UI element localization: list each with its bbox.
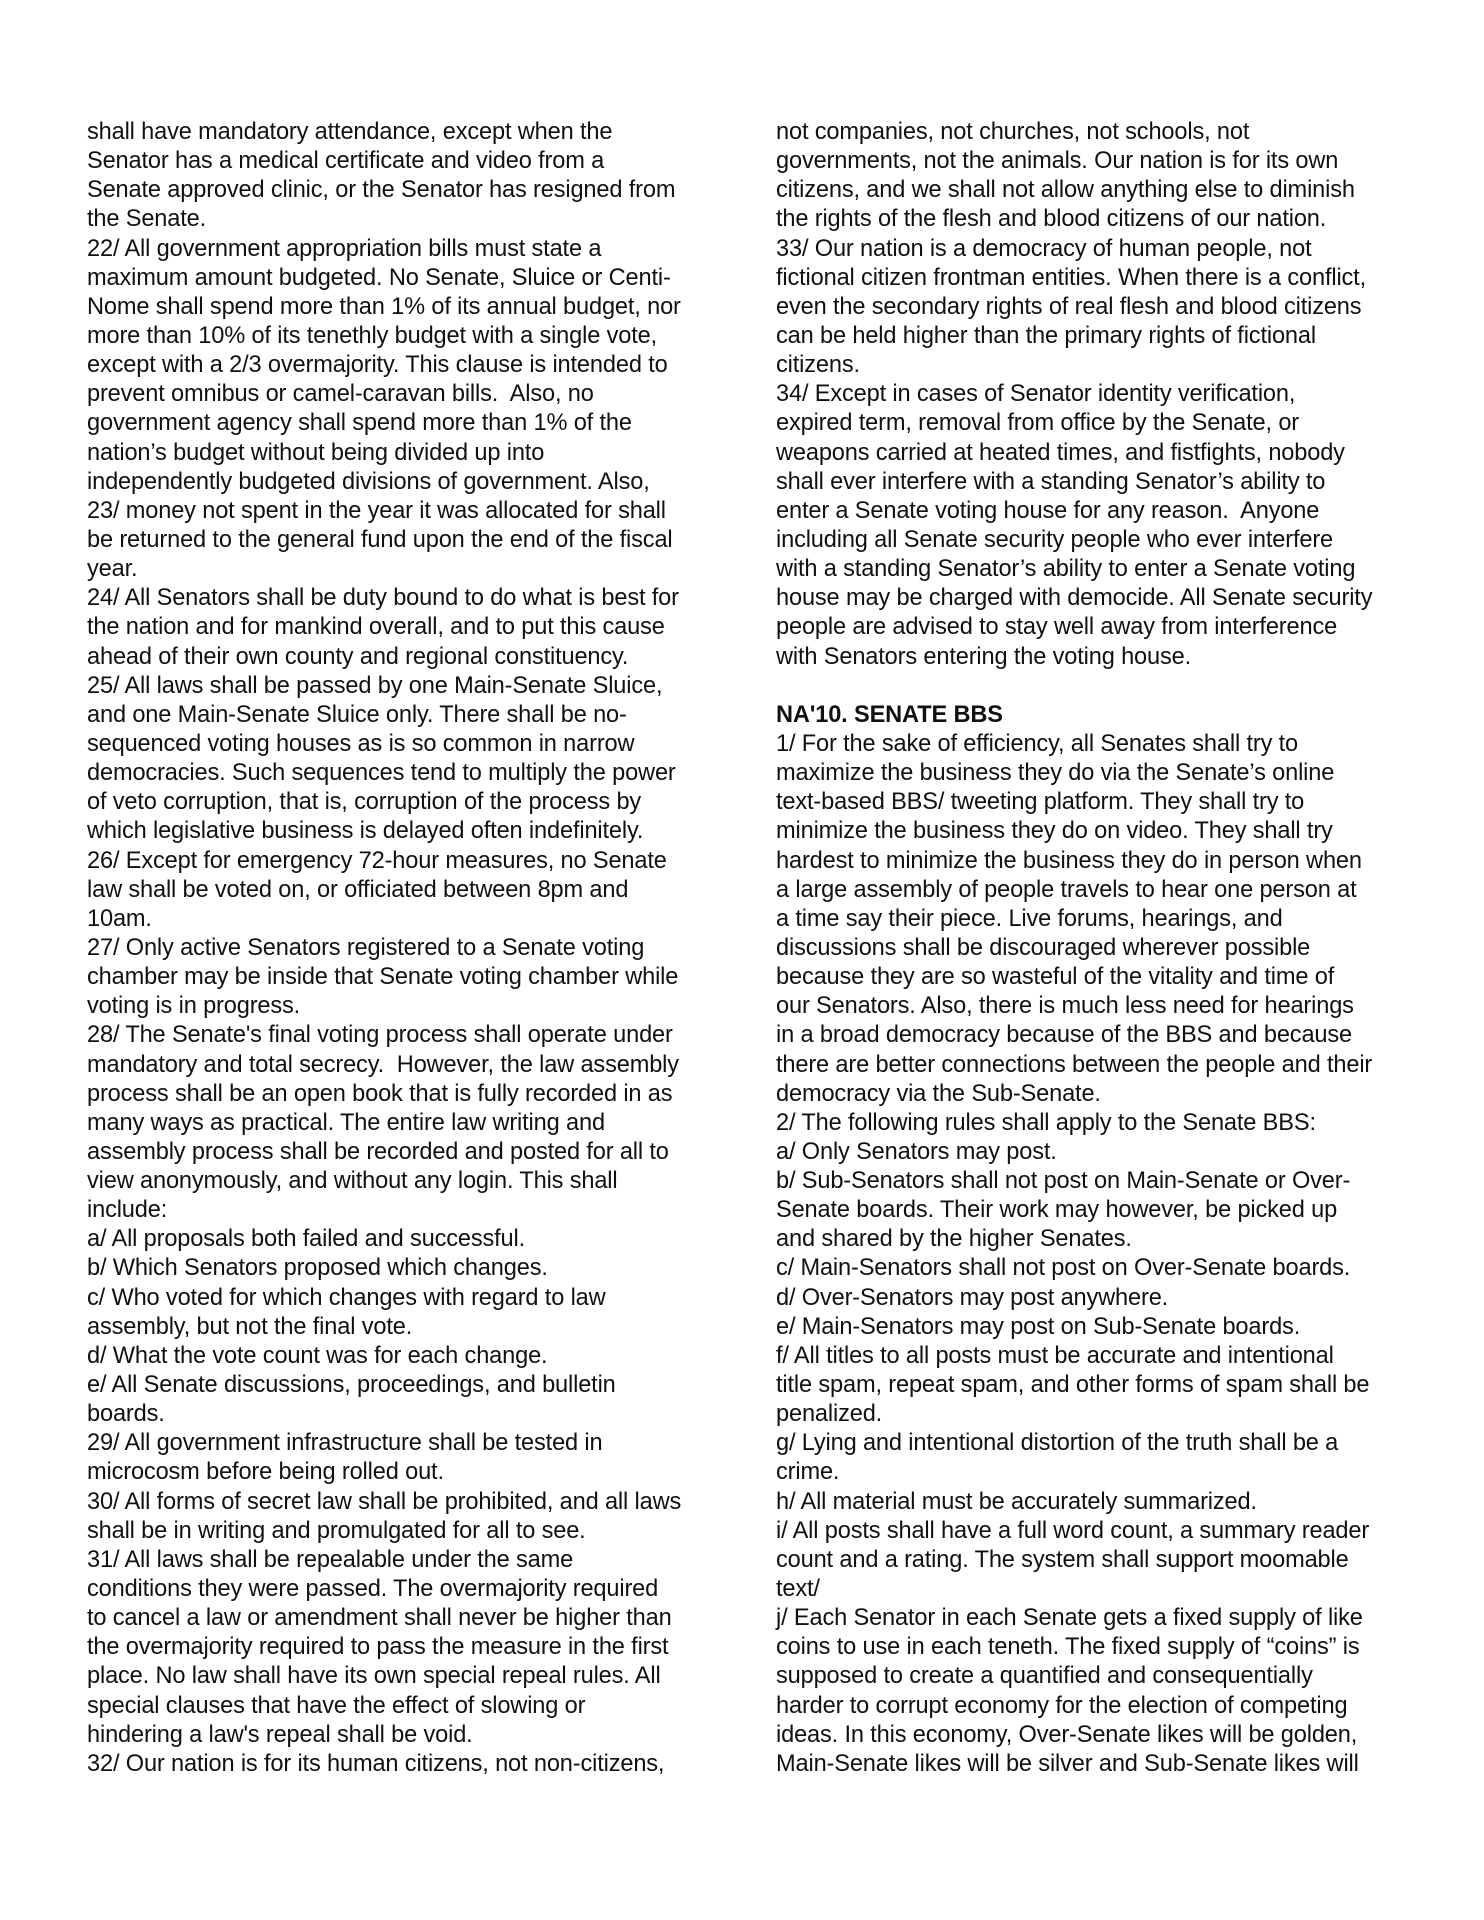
text-line: enter a Senate voting house for any reas… xyxy=(776,497,1416,526)
text-line: law shall be voted on, or officiated bet… xyxy=(87,876,727,905)
text-line: text-based BBS/ tweeting platform. They … xyxy=(776,788,1416,817)
text-line: the rights of the flesh and blood citize… xyxy=(776,205,1416,234)
text-line: Senate approved clinic, or the Senator h… xyxy=(87,176,727,205)
text-line: there are better connections between the… xyxy=(776,1051,1416,1080)
text-line: boards. xyxy=(87,1400,727,1429)
text-line: many ways as practical. The entire law w… xyxy=(87,1109,727,1138)
text-line: c/ Who voted for which changes with rega… xyxy=(87,1284,727,1313)
text-line: d/ What the vote count was for each chan… xyxy=(87,1342,727,1371)
text-line: Senator has a medical certificate and vi… xyxy=(87,147,727,176)
text-line: and one Main-Senate Sluice only. There s… xyxy=(87,701,727,730)
text-line: sequenced voting houses as is so common … xyxy=(87,730,727,759)
text-line: fictional citizen frontman entities. Whe… xyxy=(776,264,1416,293)
text-line: assembly, but not the final vote. xyxy=(87,1313,727,1342)
text-line: 10am. xyxy=(87,905,727,934)
text-line: special clauses that have the effect of … xyxy=(87,1692,727,1721)
text-line: microcosm before being rolled out. xyxy=(87,1458,727,1487)
text-line: shall ever interfere with a standing Sen… xyxy=(776,468,1416,497)
text-line: 30/ All forms of secret law shall be pro… xyxy=(87,1488,727,1517)
text-line: democracy via the Sub-Senate. xyxy=(776,1080,1416,1109)
text-line: a large assembly of people travels to he… xyxy=(776,876,1416,905)
text-line: Nome shall spend more than 1% of its ann… xyxy=(87,293,727,322)
document-page: shall have mandatory attendance, except … xyxy=(0,0,1484,1920)
text-line: weapons carried at heated times, and fis… xyxy=(776,439,1416,468)
left-text-column: shall have mandatory attendance, except … xyxy=(87,118,727,1779)
text-line: process shall be an open book that is fu… xyxy=(87,1080,727,1109)
text-line: including all Senate security people who… xyxy=(776,526,1416,555)
text-line: e/ All Senate discussions, proceedings, … xyxy=(87,1371,727,1400)
text-line: even the secondary rights of real flesh … xyxy=(776,293,1416,322)
text-line: voting is in progress. xyxy=(87,992,727,1021)
text-line: be returned to the general fund upon the… xyxy=(87,526,727,555)
text-line: b/ Sub-Senators shall not post on Main-S… xyxy=(776,1167,1416,1196)
text-line: prevent omnibus or camel-caravan bills. … xyxy=(87,380,727,409)
right-text-column: not companies, not churches, not schools… xyxy=(776,118,1416,1779)
text-line: conditions they were passed. The overmaj… xyxy=(87,1575,727,1604)
text-line: can be held higher than the primary righ… xyxy=(776,322,1416,351)
text-line: a time say their piece. Live forums, hea… xyxy=(776,905,1416,934)
text-line: to cancel a law or amendment shall never… xyxy=(87,1604,727,1633)
text-line: Senate boards. Their work may however, b… xyxy=(776,1196,1416,1225)
text-line: shall be in writing and promulgated for … xyxy=(87,1517,727,1546)
text-line: Main-Senate likes will be silver and Sub… xyxy=(776,1750,1416,1779)
text-line: 23/ money not spent in the year it was a… xyxy=(87,497,727,526)
text-line: citizens. xyxy=(776,351,1416,380)
text-line: 28/ The Senate's final voting process sh… xyxy=(87,1021,727,1050)
text-line: with a standing Senator’s ability to ent… xyxy=(776,555,1416,584)
text-line: hindering a law's repeal shall be void. xyxy=(87,1721,727,1750)
text-line: 25/ All laws shall be passed by one Main… xyxy=(87,672,727,701)
text-line: ahead of their own county and regional c… xyxy=(87,643,727,672)
text-line: 31/ All laws shall be repealable under t… xyxy=(87,1546,727,1575)
section-heading-senate-bbs: NA'10. SENATE BBS xyxy=(776,701,1416,730)
right-column-clauses-32-34: not companies, not churches, not schools… xyxy=(776,118,1416,672)
text-line: view anonymously, and without any login.… xyxy=(87,1167,727,1196)
text-line: government agency shall spend more than … xyxy=(87,409,727,438)
text-line: penalized. xyxy=(776,1400,1416,1429)
text-line: the overmajority required to pass the me… xyxy=(87,1633,727,1662)
text-line: not companies, not churches, not schools… xyxy=(776,118,1416,147)
text-line: 33/ Our nation is a democracy of human p… xyxy=(776,235,1416,264)
text-line: d/ Over-Senators may post anywhere. xyxy=(776,1284,1416,1313)
text-line: assembly process shall be recorded and p… xyxy=(87,1138,727,1167)
text-line: governments, not the animals. Our nation… xyxy=(776,147,1416,176)
text-line: 29/ All government infrastructure shall … xyxy=(87,1429,727,1458)
text-line: and shared by the higher Senates. xyxy=(776,1225,1416,1254)
text-line: in a broad democracy because of the BBS … xyxy=(776,1021,1416,1050)
text-line: 2/ The following rules shall apply to th… xyxy=(776,1109,1416,1138)
text-line: a/ All proposals both failed and success… xyxy=(87,1225,727,1254)
text-line: chamber may be inside that Senate voting… xyxy=(87,963,727,992)
text-line: text/ xyxy=(776,1575,1416,1604)
text-line: the nation and for mankind overall, and … xyxy=(87,613,727,642)
text-line: g/ Lying and intentional distortion of t… xyxy=(776,1429,1416,1458)
text-line: c/ Main-Senators shall not post on Over-… xyxy=(776,1254,1416,1283)
blank-line-spacer xyxy=(776,672,1416,701)
text-line: maximize the business they do via the Se… xyxy=(776,759,1416,788)
text-line: because they are so wasteful of the vita… xyxy=(776,963,1416,992)
text-line: mandatory and total secrecy. However, th… xyxy=(87,1051,727,1080)
text-line: minimize the business they do on video. … xyxy=(776,817,1416,846)
text-line: discussions shall be discouraged whereve… xyxy=(776,934,1416,963)
text-line: place. No law shall have its own special… xyxy=(87,1662,727,1691)
text-line: a/ Only Senators may post. xyxy=(776,1138,1416,1167)
text-line: h/ All material must be accurately summa… xyxy=(776,1488,1416,1517)
text-line: 27/ Only active Senators registered to a… xyxy=(87,934,727,963)
text-line: democracies. Such sequences tend to mult… xyxy=(87,759,727,788)
text-line: nation’s budget without being divided up… xyxy=(87,439,727,468)
text-line: house may be charged with democide. All … xyxy=(776,584,1416,613)
text-line: our Senators. Also, there is much less n… xyxy=(776,992,1416,1021)
text-line: title spam, repeat spam, and other forms… xyxy=(776,1371,1416,1400)
text-line: independently budgeted divisions of gove… xyxy=(87,468,727,497)
text-line: f/ All titles to all posts must be accur… xyxy=(776,1342,1416,1371)
text-line: e/ Main-Senators may post on Sub-Senate … xyxy=(776,1313,1416,1342)
text-line: 24/ All Senators shall be duty bound to … xyxy=(87,584,727,613)
text-line: include: xyxy=(87,1196,727,1225)
text-line: hardest to minimize the business they do… xyxy=(776,847,1416,876)
text-line: the Senate. xyxy=(87,205,727,234)
text-line: which legislative business is delayed of… xyxy=(87,817,727,846)
text-line: crime. xyxy=(776,1458,1416,1487)
text-line: 26/ Except for emergency 72-hour measure… xyxy=(87,847,727,876)
text-line: supposed to create a quantified and cons… xyxy=(776,1662,1416,1691)
text-line: people are advised to stay well away fro… xyxy=(776,613,1416,642)
text-line: shall have mandatory attendance, except … xyxy=(87,118,727,147)
text-line: count and a rating. The system shall sup… xyxy=(776,1546,1416,1575)
text-line: except with a 2/3 overmajority. This cla… xyxy=(87,351,727,380)
text-line: 32/ Our nation is for its human citizens… xyxy=(87,1750,727,1779)
text-line: 34/ Except in cases of Senator identity … xyxy=(776,380,1416,409)
text-line: citizens, and we shall not allow anythin… xyxy=(776,176,1416,205)
text-line: coins to use in each teneth. The fixed s… xyxy=(776,1633,1416,1662)
text-line: harder to corrupt economy for the electi… xyxy=(776,1692,1416,1721)
text-line: 22/ All government appropriation bills m… xyxy=(87,235,727,264)
text-line: maximum amount budgeted. No Senate, Slui… xyxy=(87,264,727,293)
text-line: ideas. In this economy, Over-Senate like… xyxy=(776,1721,1416,1750)
text-line: 1/ For the sake of efficiency, all Senat… xyxy=(776,730,1416,759)
text-line: of veto corruption, that is, corruption … xyxy=(87,788,727,817)
text-line: b/ Which Senators proposed which changes… xyxy=(87,1254,727,1283)
text-line: year. xyxy=(87,555,727,584)
text-line: i/ All posts shall have a full word coun… xyxy=(776,1517,1416,1546)
text-line: with Senators entering the voting house. xyxy=(776,643,1416,672)
text-line: j/ Each Senator in each Senate gets a fi… xyxy=(776,1604,1416,1633)
right-column-senate-bbs-clauses: 1/ For the sake of efficiency, all Senat… xyxy=(776,730,1416,1779)
text-line: expired term, removal from office by the… xyxy=(776,409,1416,438)
text-line: more than 10% of its tenethly budget wit… xyxy=(87,322,727,351)
